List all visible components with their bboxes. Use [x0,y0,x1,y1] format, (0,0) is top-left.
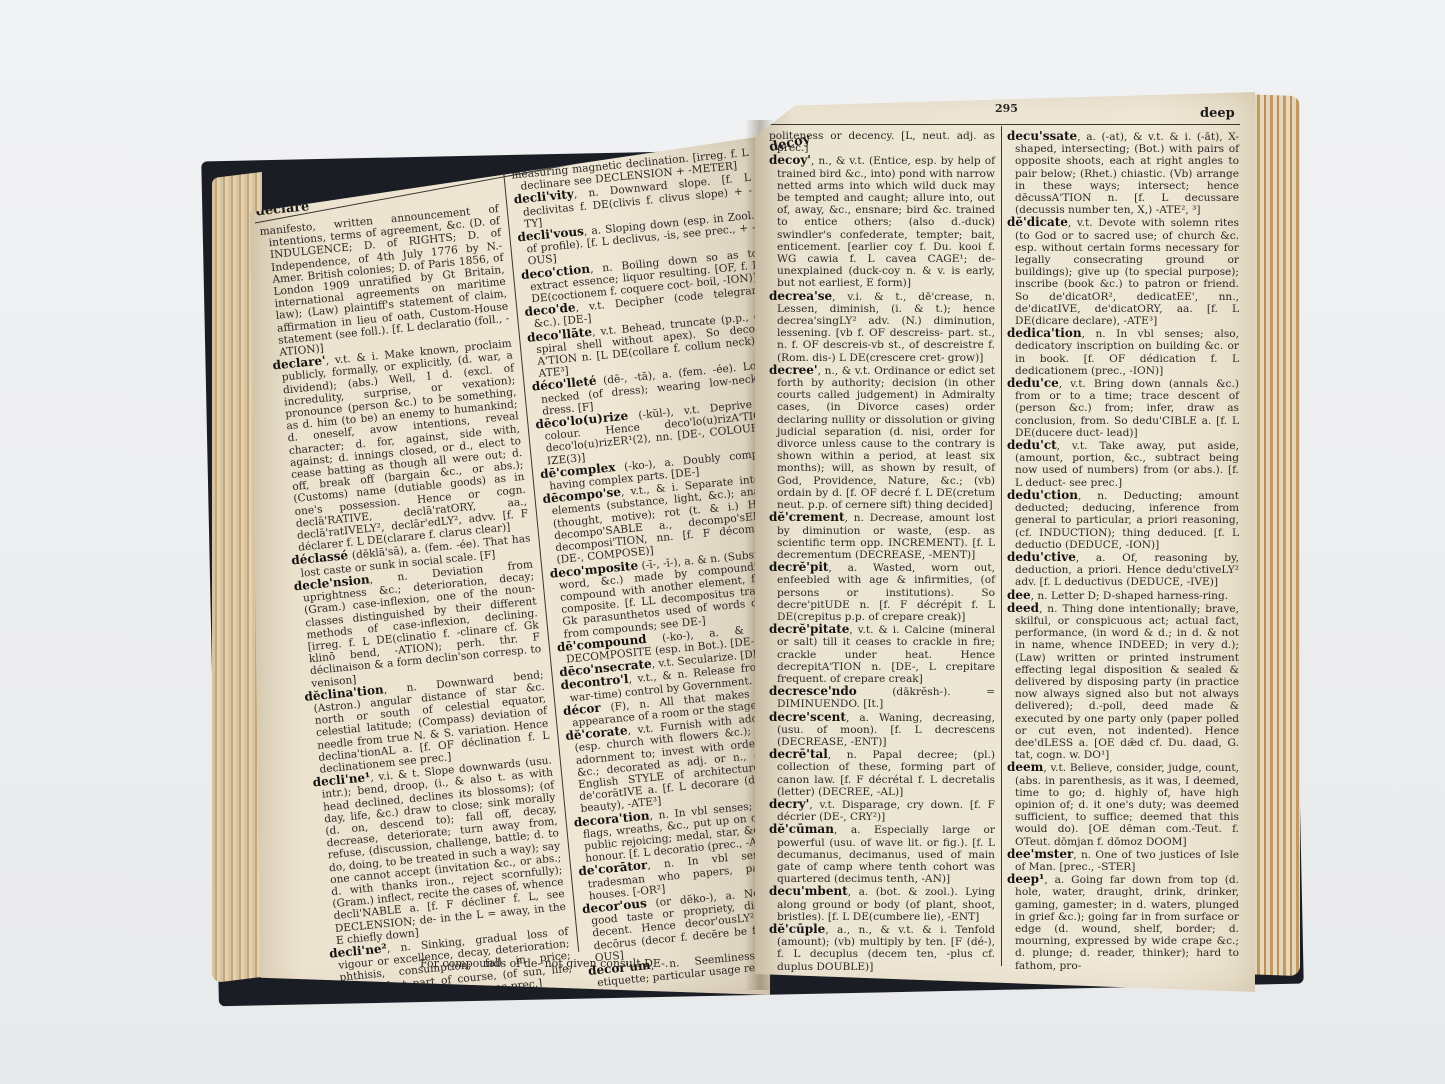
dictionary-entry: decrĕ'pitate, v.t. & i. Calcine (mineral… [769,623,995,685]
entry-definition: , v.t. Devote with solemn rites (to God … [1015,217,1239,327]
page-number: 295 [995,102,1018,115]
dictionary-entry: decoy', n., & v.t. (Entice, esp. by help… [769,154,995,289]
entry-headword: dedu'ctive [1007,550,1076,564]
entry-headword: decre'scent [769,710,846,724]
dictionary-entry: decu'ssate, a. (-at), & v.t. & i. (-āt),… [1007,130,1239,216]
entry-definition: , a. (-at), & v.t. & i. (-āt), X-shaped,… [1015,131,1239,216]
dictionary-entry: manifesto, written announcement of inten… [259,203,511,360]
running-head-right: deep [1200,106,1235,121]
dictionary-entry: declare', v.t. & i. Make known, proclaim… [272,337,530,555]
entry-headword: decu'ssate [1007,129,1077,143]
entry-headword: deem [1007,760,1043,774]
entry-headword: dedica'tion [1007,326,1082,340]
dictionary-entry: politeness or decency. [L, neut. adj. as… [769,130,995,154]
dictionary-entry: decrē'tal, n. Papal decree; (pl.) collec… [769,748,995,798]
dictionary-entry: dee, n. Letter D; D-shaped harness-ring. [1007,589,1239,602]
entry-headword: decry' [769,797,809,811]
entry-headword: dĕ'dicate [1007,215,1068,229]
entry-definition: , v.t. & i. Make known, proclaim publicl… [281,338,528,554]
dictionary-entry: decry', v.t. Disparage, cry down. [f. F … [769,798,995,823]
dictionary-entry: deed, n. Thing done intentionally; brave… [1007,602,1239,762]
footnote: For compounds of de- not given consult D… [420,957,668,970]
dictionary-entry: dĕ'crement, n. Decrease, amount lost by … [769,511,995,561]
dictionary-entry: dĕ'cūman, a. Especially large or powerfu… [769,823,995,885]
entry-headword: dee [1007,588,1031,602]
entry-definition: , n., & v.t. (Entice, esp. by help of tr… [777,155,995,289]
entry-headword: dee'mster [1007,847,1073,861]
dictionary-entry: decresce'ndo (dākrĕsh-). = DIMINUENDO. [… [769,685,995,710]
entry-headword: dedu'ction [1007,488,1078,502]
entry-headword: decree' [769,363,818,377]
entry-headword: deep¹ [1007,872,1044,886]
entry-headword: decresce'ndo [769,684,857,698]
entry-definition: , n., & v.t. Ordinance or edict set fort… [777,365,995,511]
entry-definition: politeness or decency. [L, neut. adj. as… [769,130,995,154]
entry-headword: decrĕ'pit [769,560,828,574]
dictionary-entry: dedu'ction, n. Deducting; amount deducte… [1007,489,1239,551]
column-divider [1001,126,1002,966]
header-rule [765,124,1240,125]
entry-definition: , v.t. Disparage, cry down. [f. F décrie… [777,799,995,823]
entry-headword: dedu'ct [1007,438,1057,452]
entry-definition: , n. Thing done intentionally; brave, sk… [1015,603,1239,761]
dictionary-entry: decrĕ'pit, a. Wasted, worn out, enfeeble… [769,561,995,623]
entry-definition: , a. Going far down from top (d. hole, w… [1015,874,1239,971]
dictionary-entry: decrea'se, v.i. & t., dē'crease, n. Less… [769,290,995,364]
entry-headword: dedu'ce [1007,376,1059,390]
dictionary-entry: dĕ'dicate, v.t. Devote with solemn rites… [1007,216,1239,327]
entry-definition: manifesto, written announcement of inten… [259,203,510,359]
column-1: politeness or decency. [L, neut. adj. as… [769,130,995,973]
entry-headword: decrĕ'pitate [769,622,849,636]
entry-headword: decoy' [769,153,811,167]
entry-definition: , v.t. Believe, consider, judge, count, … [1015,762,1239,847]
right-page: 295 decoy deep politeness or decency. [L… [755,92,1255,992]
dictionary-entry: decli'ne¹, v.i. & t. Slope downwards (us… [312,754,567,948]
dictionary-entry: decree', n., & v.t. Ordinance or edict s… [769,364,995,511]
dictionary-entry: dedu'ctive, a. Of, reasoning by, deducti… [1007,551,1239,589]
left-page: 294 declare decorum manifesto, written a… [250,135,770,995]
dictionary-entry: dĕ'cūple, a., n., & v.t. & i. Tenfold (a… [769,923,995,973]
entry-headword: deed [1007,601,1039,615]
dictionary-entry: deep¹, a. Going far down from top (d. ho… [1007,873,1239,972]
entry-headword: dĕ'cūple [769,922,825,936]
entry-headword: decrea'se [769,289,832,303]
dictionary-entry: dedu'ce, v.t. Bring down (annals &c.) fr… [1007,377,1239,439]
entry-headword: decrē'tal [769,747,828,761]
column-2: decu'ssate, a. (-at), & v.t. & i. (-āt),… [1007,130,1239,972]
dictionary-entry: dedica'tion, n. In vbl senses; also, ded… [1007,327,1239,377]
dictionary-entry: deem, v.t. Believe, consider, judge, cou… [1007,761,1239,847]
entry-headword: decu'mbent [769,884,848,898]
dictionary-entry: decre'scent, a. Waning, decreasing, (usu… [769,711,995,749]
entry-headword: dĕ'cūman [769,822,834,836]
dictionary-entry: decu'mbent, a. (bot. & zool.). Lying alo… [769,885,995,923]
entry-headword: dĕ'crement [769,510,845,524]
dictionary-entry: dedu'ct, v.t. Take away, put aside, (amo… [1007,439,1239,489]
dictionary-entry: dee'mster, n. One of two justices of Isl… [1007,848,1239,873]
entry-definition: , n. Letter D; D-shaped harness-ring. [1031,590,1228,602]
